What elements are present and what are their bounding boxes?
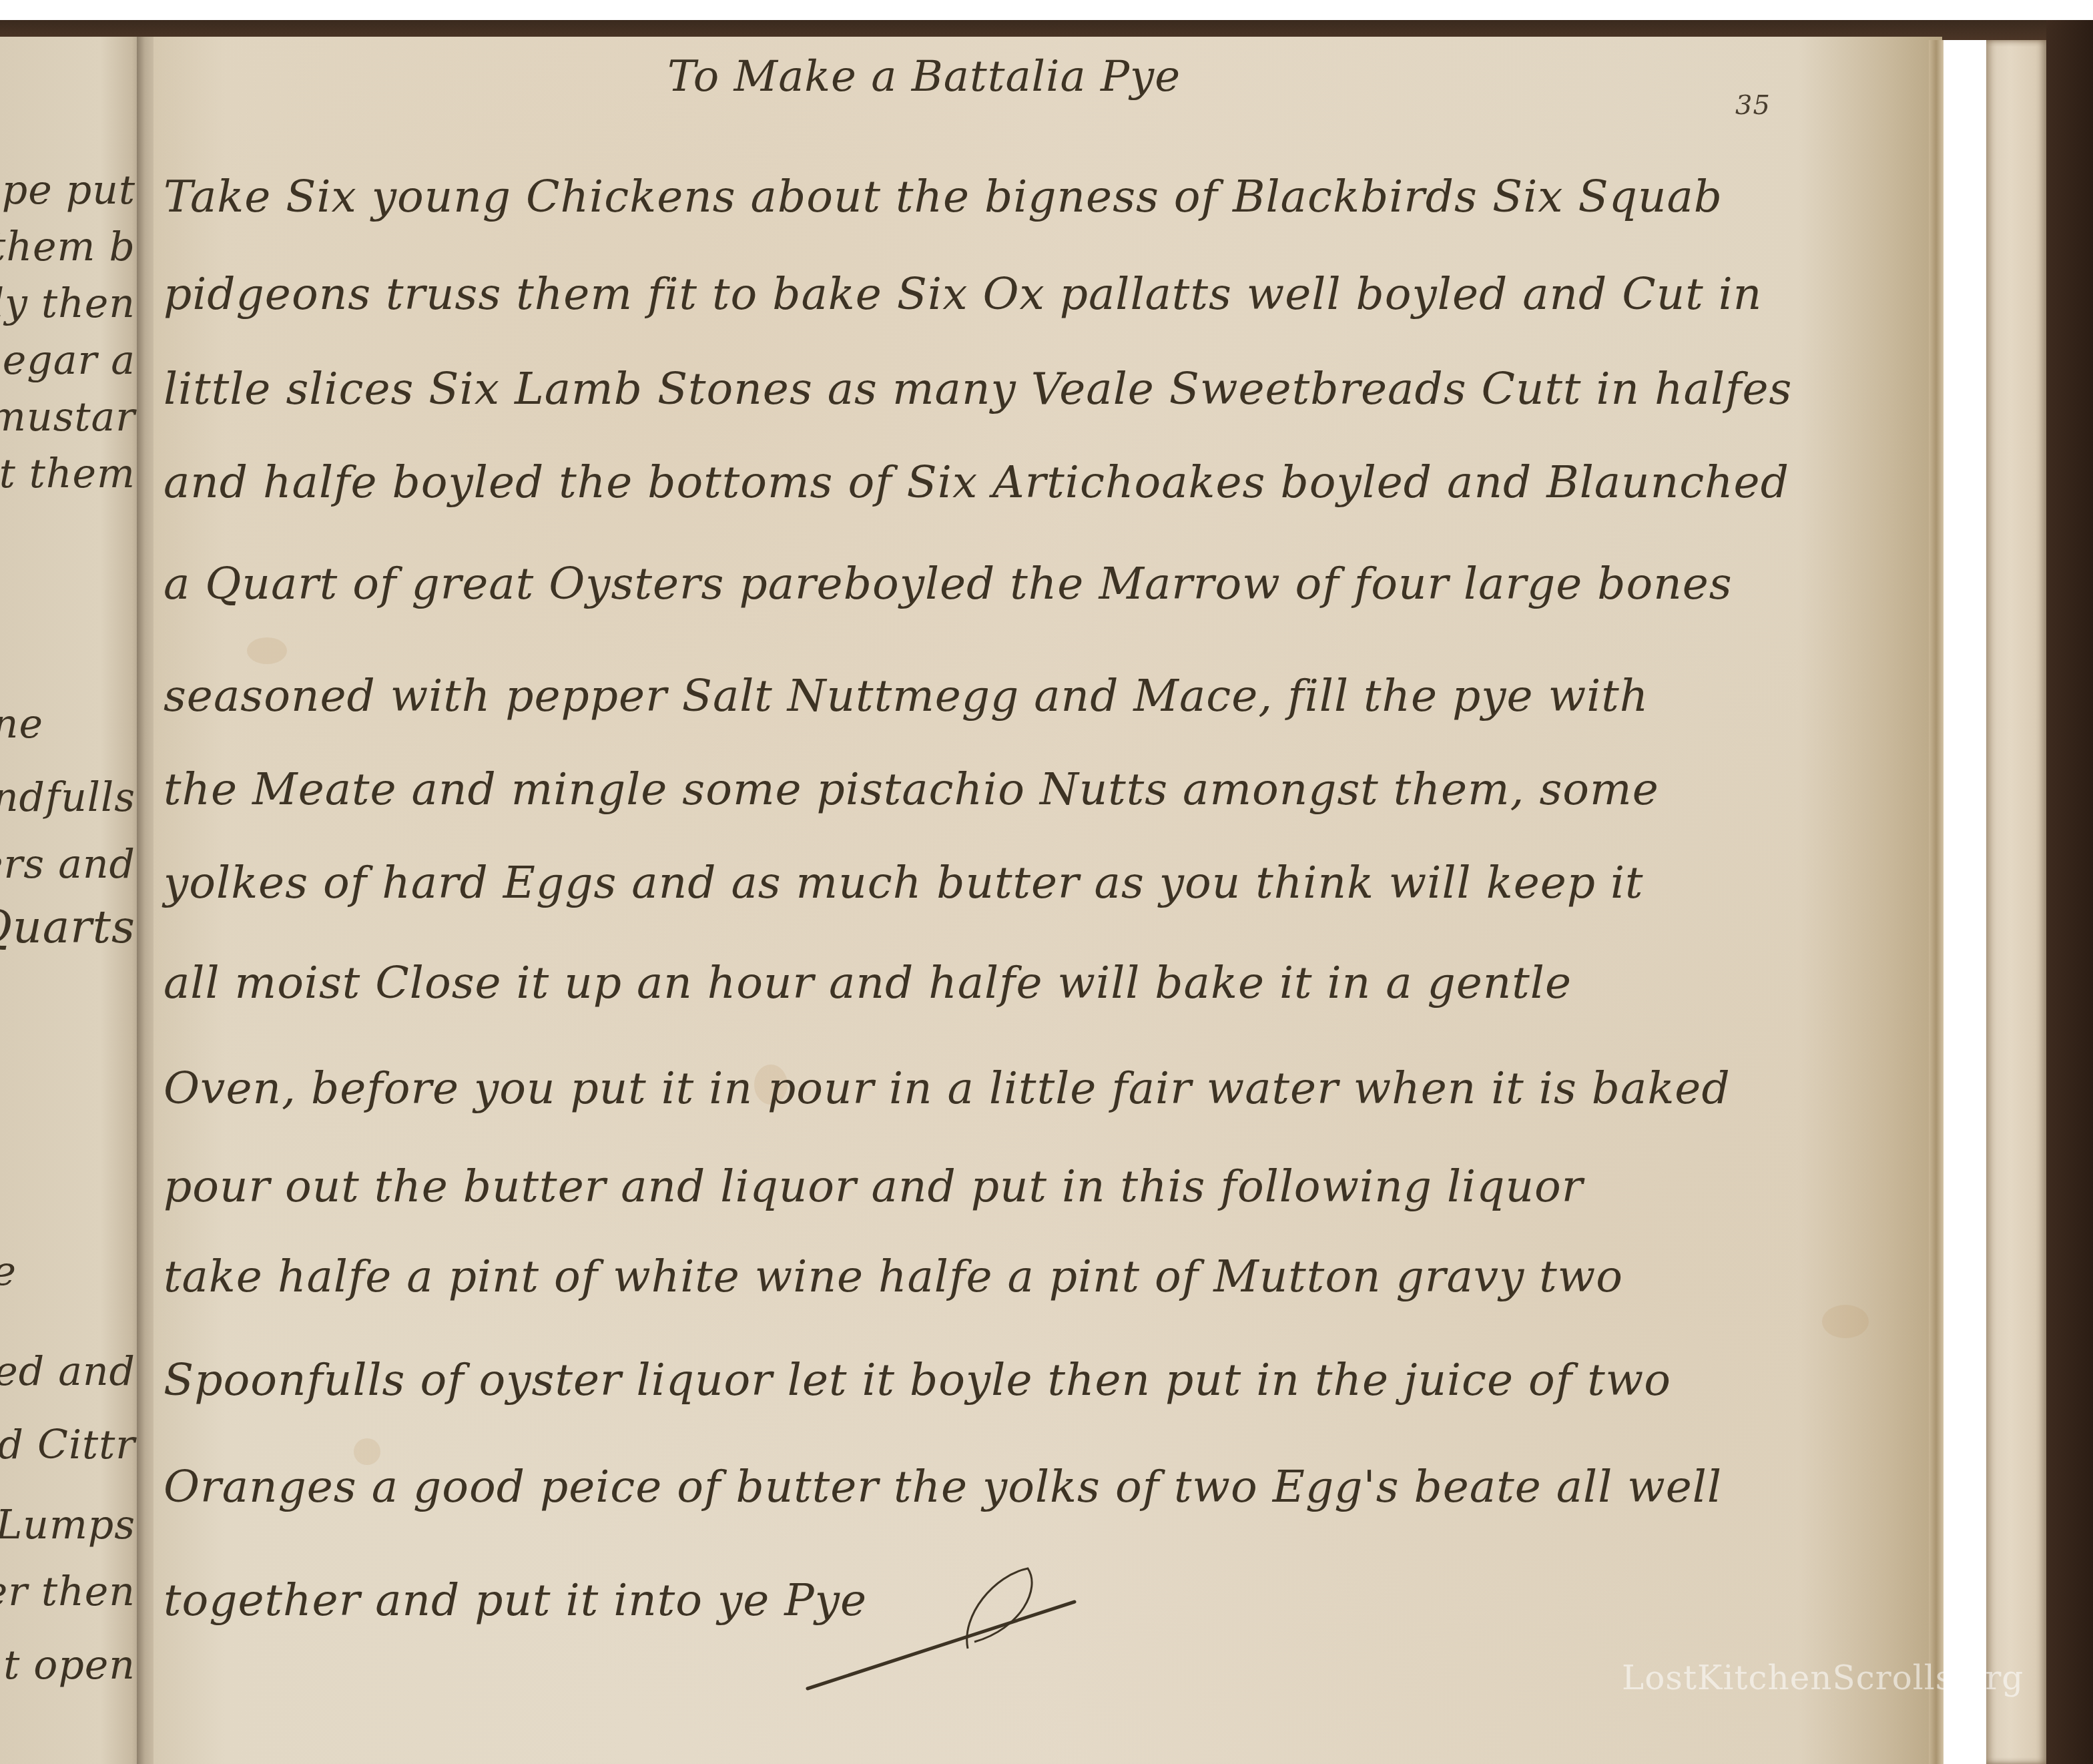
left-fragment: yled and <box>0 1348 135 1395</box>
recipe-title: To Make a Battalia Pye <box>667 52 1181 101</box>
page-number: 35 <box>1735 90 1771 121</box>
left-fragment: de mustar <box>0 394 135 440</box>
left-fragment: inegar a <box>0 337 135 384</box>
ending-flourish-icon <box>801 1562 1095 1695</box>
recipe-line: seasoned with pepper Salt Nuttmegg and M… <box>164 674 1649 718</box>
recipe-line: Oven, before you put it in pour in a lit… <box>164 1067 1731 1111</box>
recipe-line: Oranges a good peice of butter the yolks… <box>164 1465 1722 1509</box>
left-fragment: ter then <box>0 1568 135 1615</box>
left-fragment: ed Cittr <box>0 1422 135 1468</box>
left-fragment: vers and <box>0 841 135 888</box>
recipe-line: together and put it into ye Pye <box>164 1578 867 1623</box>
recipe-line: and halfe boyled the bottoms of Six Arti… <box>164 461 1789 505</box>
endpaper-strip <box>1986 40 2046 1764</box>
recipe-line: little slices Six Lamb Stones as many Ve… <box>164 367 1792 411</box>
left-fragment: ripe put <box>0 167 135 214</box>
left-fragment: e <box>0 1248 17 1295</box>
left-fragment: ently then <box>0 280 135 327</box>
left-fragment: Quarts <box>0 901 135 954</box>
left-fragment: Lumps <box>0 1502 135 1548</box>
recipe-line: a Quart of great Oysters pareboyled the … <box>164 562 1733 606</box>
page-fore-edge <box>1929 40 1943 1764</box>
recipe-line: take halfe a pint of white wine halfe a … <box>164 1255 1623 1299</box>
book-cover-right-edge <box>2046 20 2093 1764</box>
recipe-line: Take Six young Chickens about the bignes… <box>164 175 1723 219</box>
recipe-line: pour out the butter and liquor and put i… <box>164 1165 1583 1209</box>
recipe-line: all moist Close it up an hour and halfe … <box>164 961 1572 1005</box>
left-fragment: ne <box>0 701 43 748</box>
recipe-line: the Meate and mingle some pistachio Nutt… <box>164 768 1659 812</box>
left-fragment: f, them b <box>0 224 135 270</box>
recipe-line: pidgeons truss them fit to bake Six Ox p… <box>164 272 1762 316</box>
recipe-line: Spoonfulls of oyster liquor let it boyle… <box>164 1358 1671 1402</box>
left-fragment: handfulls <box>0 774 135 821</box>
watermark: LostKitchenScrolls.org <box>1622 1659 2024 1697</box>
left-fragment: e't open <box>0 1642 135 1689</box>
recipe-line: yolkes of hard Eggs and as much butter a… <box>164 861 1644 905</box>
left-fragment: eat them <box>0 451 135 497</box>
left-page-text-fragments: ripe put f, them b ently then inegar a d… <box>0 0 143 1764</box>
